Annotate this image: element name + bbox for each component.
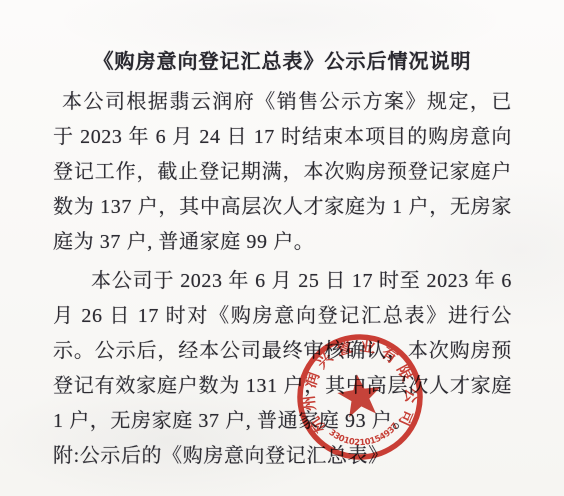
attachment-note: 附:公示后的《购房意向登记汇总表》 <box>53 439 512 474</box>
document-page: 《购房意向登记汇总表》公示后情况说明 本公司根据翡云润府《销售公示方案》规定，已… <box>0 0 564 496</box>
document-title: 《购房意向登记汇总表》公示后情况说明 <box>53 49 512 75</box>
paragraph-publicity-result: 本公司于 2023 年 6 月 25 日 17 时至 2023 年 6 月 26… <box>53 264 512 439</box>
paragraph-registration-summary: 本公司根据翡云润府《销售公示方案》规定，已于 2023 年 6 月 24 日 1… <box>53 85 512 260</box>
document-title-text: 《购房意向登记汇总表》公示后情况说明 <box>94 51 472 73</box>
